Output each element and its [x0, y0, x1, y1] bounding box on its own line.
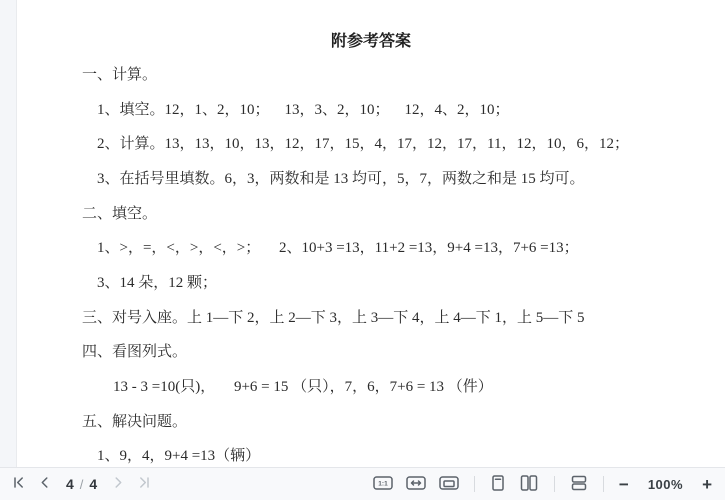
answer-line: 1、>，=，<，>，<，>； 2、10+3 =13，11+2 =13，9+4 =… [17, 229, 725, 264]
current-page: 4 [66, 476, 74, 492]
answer-lines: 一、计算。 1、填空。12，1、2，10； 13，3、2，10； 12，4、2，… [17, 56, 725, 467]
next-page-button[interactable] [108, 473, 129, 495]
first-page-icon [11, 475, 26, 493]
total-pages: 4 [89, 476, 97, 492]
last-page-icon [137, 475, 152, 493]
single-page-view-icon [490, 474, 506, 495]
page-margin-strip [0, 0, 17, 467]
toolbar-separator [603, 476, 604, 492]
toolbar-separator [474, 476, 475, 492]
single-page-view-button[interactable] [487, 472, 509, 497]
fit-page-icon [439, 475, 459, 494]
next-page-icon [111, 475, 126, 493]
page-separator: / [80, 477, 84, 492]
zoom-level[interactable]: 100% [642, 476, 689, 493]
page-indicator: 4 / 4 [66, 476, 97, 492]
svg-text:1:1: 1:1 [378, 480, 388, 487]
viewer-toolbar: 4 / 4 1:1 [0, 467, 725, 500]
actual-size-icon: 1:1 [373, 475, 393, 494]
document-title: 附参考答案 [17, 0, 725, 52]
answer-line: 1、填空。12，1、2，10； 13，3、2，10； 12，4、2，10； [17, 91, 725, 126]
answer-line: 2、计算。13，13，10，13，12，17，15，4，17，12，17，11，… [17, 125, 725, 160]
document-page: 附参考答案 一、计算。 1、填空。12，1、2，10； 13，3、2，10； 1… [17, 0, 725, 467]
section-heading: 四、看图列式。 [17, 334, 725, 369]
section-heading: 一、计算。 [17, 56, 725, 91]
actual-size-button[interactable]: 1:1 [370, 473, 396, 496]
section-heading: 五、解决问题。 [17, 403, 725, 438]
previous-page-button[interactable] [34, 473, 55, 495]
fit-width-icon [406, 475, 426, 494]
section-heading: 二、填空。 [17, 195, 725, 230]
continuous-scroll-button[interactable] [567, 472, 591, 497]
first-page-button[interactable] [8, 473, 29, 495]
fit-page-button[interactable] [436, 473, 462, 496]
two-page-view-button[interactable] [516, 472, 542, 497]
last-page-button[interactable] [134, 473, 155, 495]
section-heading: 三、对号入座。上 1—下 2，上 2—下 3，上 3—下 4，上 4—下 1，上… [17, 299, 725, 334]
toolbar-separator [554, 476, 555, 492]
previous-page-icon [37, 475, 52, 493]
zoom-out-button[interactable]: − [616, 474, 632, 495]
zoom-out-icon: − [619, 476, 629, 493]
zoom-in-button[interactable]: + [699, 474, 715, 495]
answer-line: 13 - 3 =10(只)， 9+6 = 15 （只），7，6，7+6 = 13… [17, 368, 725, 403]
view-and-zoom-controls: 1:1 [370, 472, 715, 497]
answer-line: 3、14 朵，12 颗； [17, 264, 725, 299]
two-page-view-icon [519, 474, 539, 495]
continuous-scroll-icon [570, 474, 588, 495]
zoom-in-icon: + [702, 476, 712, 493]
answer-line: 1、9，4，9+4 =13（辆） [17, 438, 725, 467]
answer-line: 3、在括号里填数。6，3，两数和是 13 均可，5，7，两数之和是 15 均可。 [17, 160, 725, 195]
fit-width-button[interactable] [403, 473, 429, 496]
page-navigation: 4 / 4 [8, 473, 155, 495]
